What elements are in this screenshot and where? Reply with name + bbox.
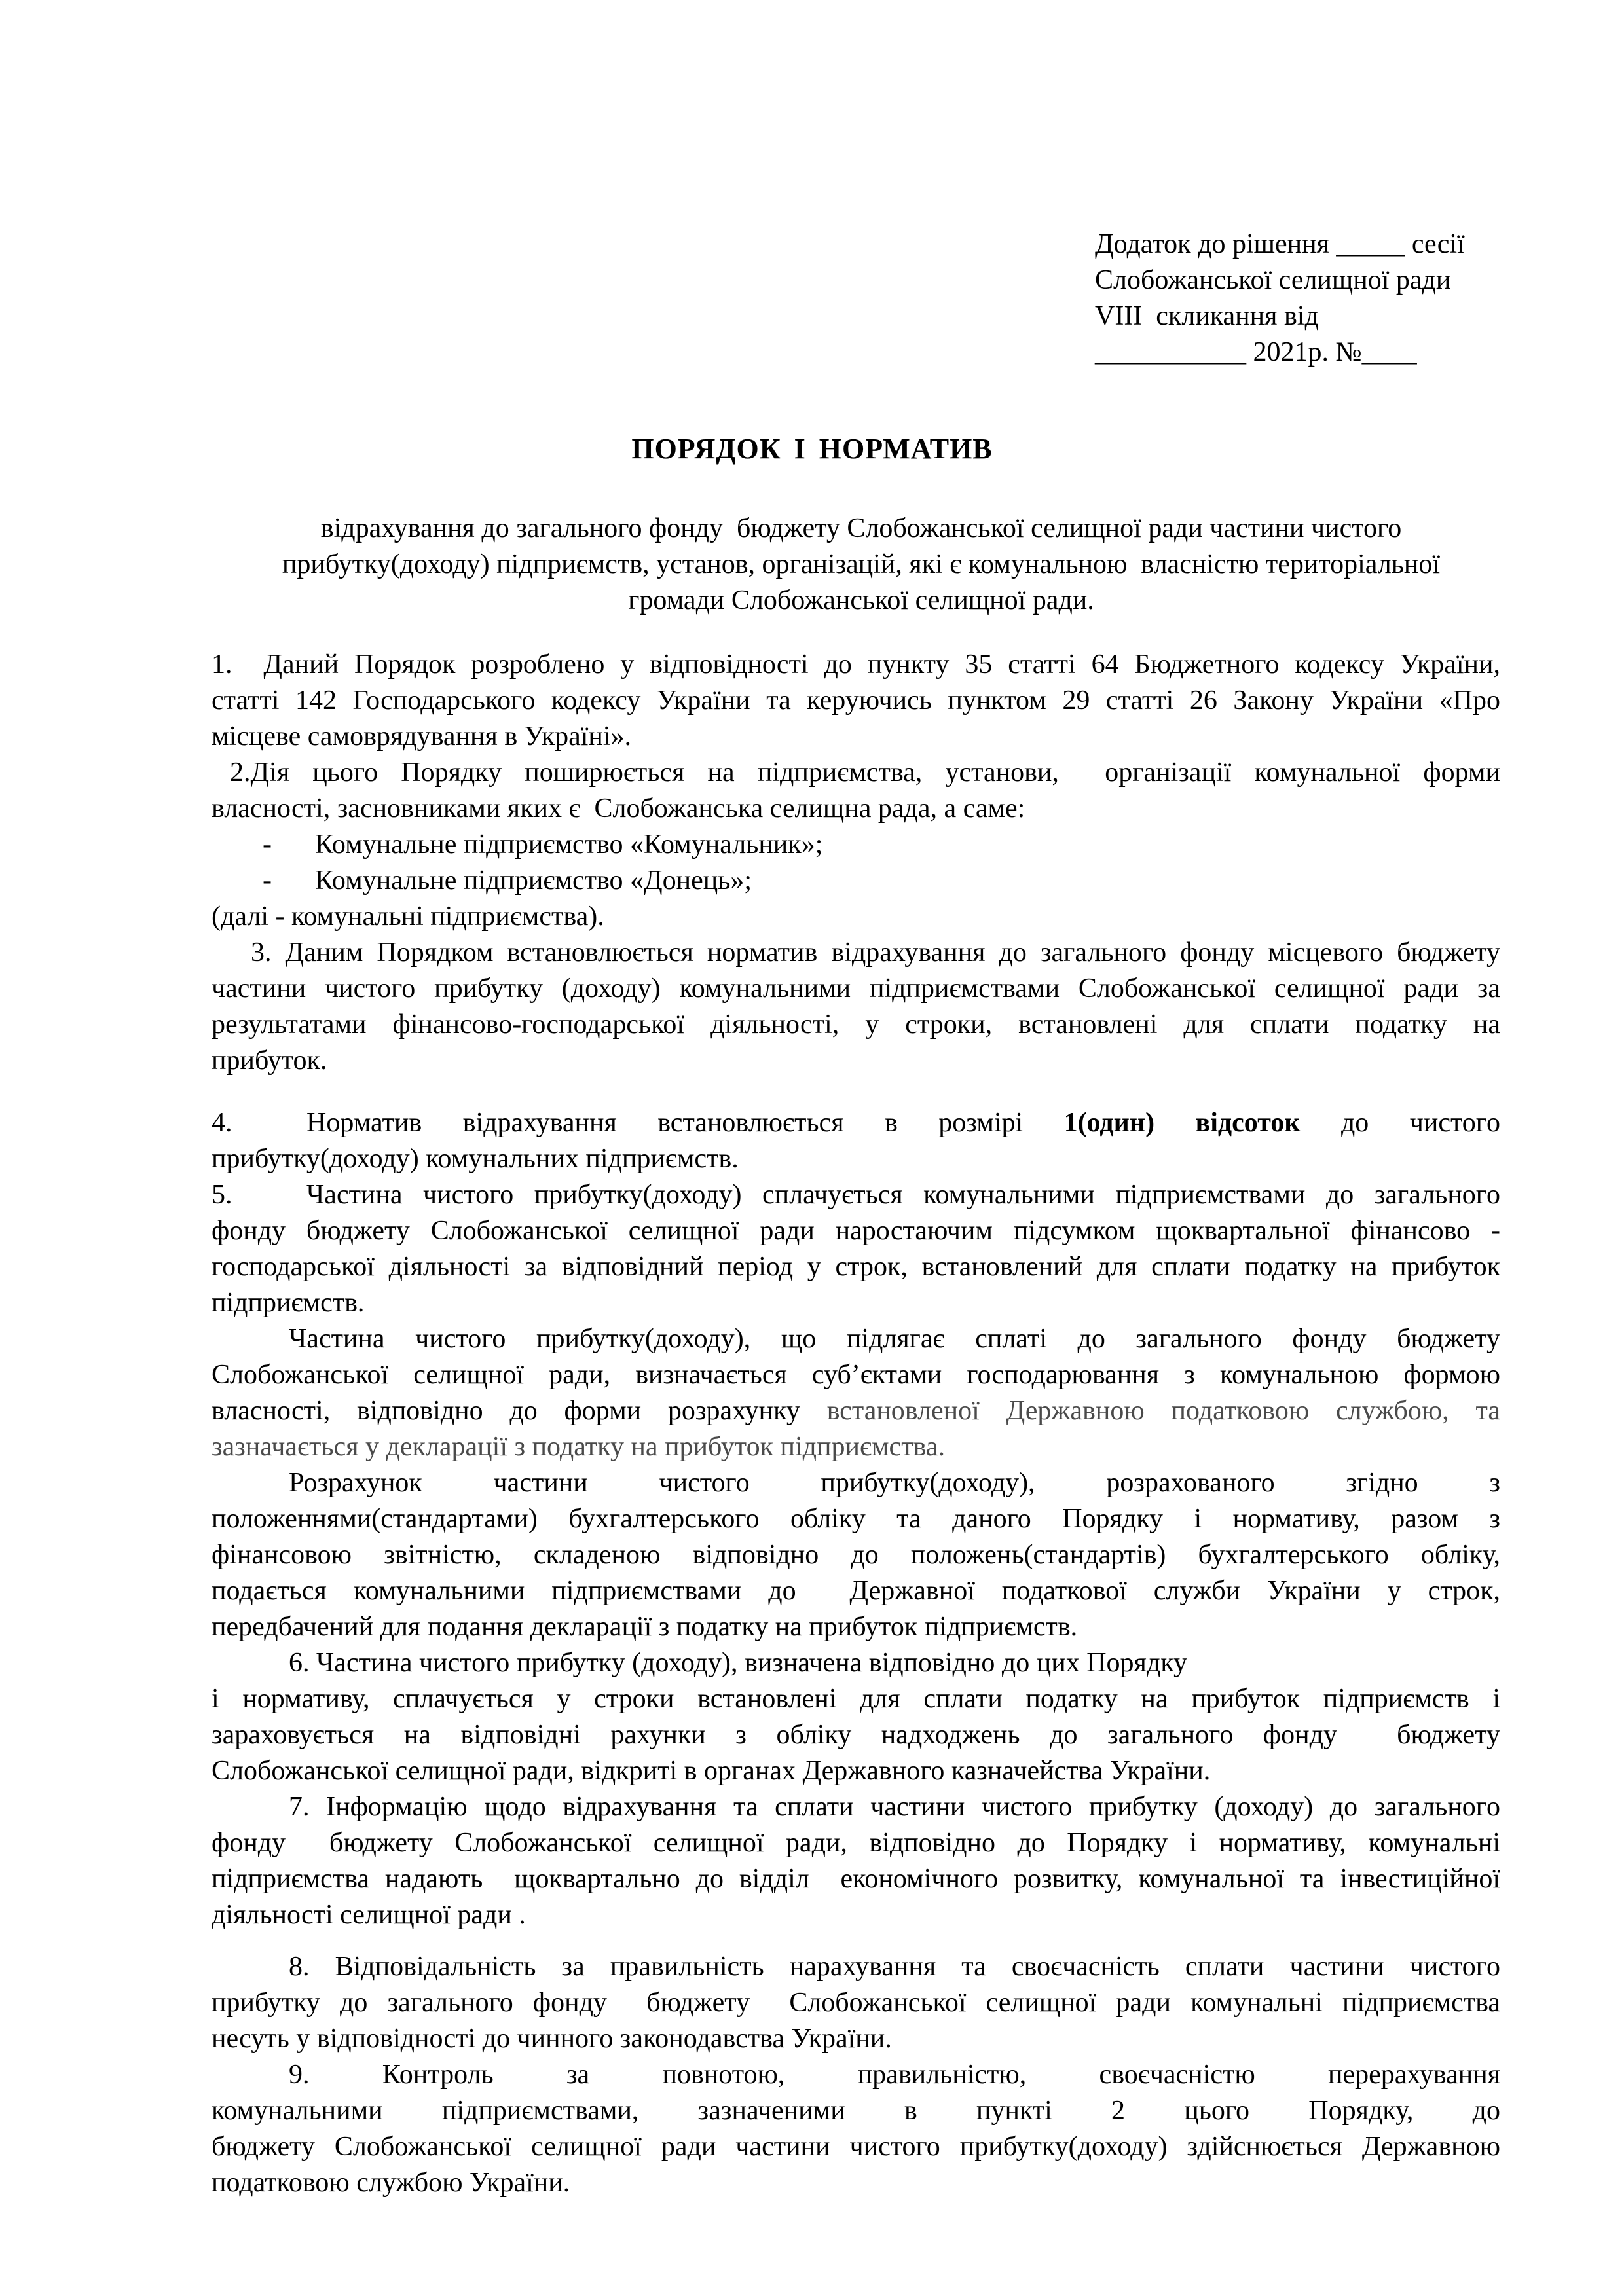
section-8: 8. Відповідальність за правильність нара… — [212, 1949, 1500, 2057]
text-line: податковою службою України. — [212, 2165, 1500, 2201]
text-span: до чистого — [1300, 1108, 1500, 1138]
text-line: прибуток. — [212, 1043, 1500, 1079]
rate-value: 1(один) відсоток — [1064, 1108, 1301, 1138]
text-line: зараховується на відповідні рахунки з об… — [212, 1717, 1500, 1753]
text-line: прибутку до загального фонду бюджету Сло… — [212, 1985, 1500, 2021]
text-line: передбачений для подання декларації з по… — [212, 1609, 1500, 1645]
text-span: Норматив відрахування встановлюється в р… — [306, 1108, 1064, 1138]
text-line: результатами фінансово-господарської дія… — [212, 1007, 1500, 1043]
annex-line: VIII скликання від — [1095, 299, 1553, 335]
section-number: 4. — [212, 1105, 306, 1141]
subtitle-line: громади Слобожанської селищної ради. — [210, 583, 1513, 619]
text-line: фонду бюджету Слобожанської селищної рад… — [212, 1213, 1500, 1249]
document-title: ПОРЯДОК І НОРМАТИВ — [0, 432, 1624, 465]
section-2: 2.Дія цього Порядку поширюється на підпр… — [212, 755, 1500, 935]
subtitle-line: прибутку(доходу) підприємств, установ, о… — [210, 547, 1513, 583]
text-line: статті 142 Господарського кодексу Україн… — [212, 683, 1500, 719]
section-4: 4.Норматив відрахування встановлюється в… — [212, 1105, 1500, 1177]
dash-bullet-icon: - — [212, 863, 315, 899]
dash-bullet-icon: - — [212, 827, 315, 863]
text-line: 6. Частина чистого прибутку (доходу), ви… — [212, 1645, 1500, 1681]
text-line: частини чистого прибутку (доходу) комуна… — [212, 971, 1500, 1007]
annex-line: Додаток до рішення _____ сесії — [1095, 227, 1553, 263]
list-item: - Комунальне підприємство «Донець»; — [212, 863, 1500, 899]
text-line: 8. Відповідальність за правильність нара… — [212, 1949, 1500, 1985]
text-line: 3. Даним Порядком встановлюється нормати… — [212, 935, 1500, 971]
document-body: 1. Даний Порядок розроблено у відповідно… — [212, 647, 1500, 2201]
section-9: 9. Контроль за повнотою, правильністю, с… — [212, 2057, 1500, 2201]
text-line: положеннями(стандартами) бухгалтерського… — [212, 1501, 1500, 1537]
text-line: і нормативу, сплачується у строки встано… — [212, 1681, 1500, 1717]
text-line: несуть у відповідності до чинного законо… — [212, 2021, 1500, 2057]
text-line: 7. Інформацію щодо відрахування та сплат… — [212, 1789, 1500, 1825]
section-3: 3. Даним Порядком встановлюється нормати… — [212, 935, 1500, 1079]
text-line: фонду бюджету Слобожанської селищної рад… — [212, 1825, 1500, 1861]
enterprise-name: Комунальне підприємство «Комунальник»; — [315, 827, 822, 863]
list-item: - Комунальне підприємство «Комунальник»; — [212, 827, 1500, 863]
grey-text-span: встановленої Державною податковою службо… — [827, 1396, 1500, 1426]
annex-header: Додаток до рішення _____ сесії Слобожанс… — [1095, 227, 1553, 371]
text-line: бюджету Слобожанської селищної ради част… — [212, 2129, 1500, 2165]
text-line: 2.Дія цього Порядку поширюється на підпр… — [212, 755, 1500, 791]
annex-line: Слобожанської селищної ради — [1095, 263, 1553, 299]
text-line: 5.Частина чистого прибутку(доходу) сплач… — [212, 1177, 1500, 1213]
enterprise-name: Комунальне підприємство «Донець»; — [315, 863, 752, 899]
subtitle-line: відрахування до загального фонду бюджету… — [210, 511, 1513, 547]
section-5: 5.Частина чистого прибутку(доходу) сплач… — [212, 1177, 1500, 1645]
annex-line: ___________ 2021р. №____ — [1095, 335, 1553, 371]
text-line: комунальними підприємствами, зазначеними… — [212, 2093, 1500, 2129]
text-line: місцеве самоврядування в Україні». — [212, 719, 1500, 755]
document-subtitle: відрахування до загального фонду бюджету… — [210, 511, 1513, 619]
text-line: підприємств. — [212, 1285, 1500, 1321]
text-line: підприємства надають щоквартально до від… — [212, 1861, 1500, 1897]
text-line: діяльності селищної ради . — [212, 1897, 1500, 1933]
text-span: Частина чистого прибутку(доходу) сплачує… — [306, 1180, 1500, 1210]
text-line: (далі - комунальні підприємства). — [212, 899, 1500, 935]
text-line: зазначається у декларації з податку на п… — [212, 1429, 1500, 1465]
section-1: 1. Даний Порядок розроблено у відповідно… — [212, 647, 1500, 755]
section-6: 6. Частина чистого прибутку (доходу), ви… — [212, 1645, 1500, 1789]
text-line: власності, відповідно до форми розрахунк… — [212, 1393, 1500, 1429]
text-line: Слобожанської селищної ради, відкриті в … — [212, 1753, 1500, 1789]
text-span: власності, відповідно до форми розрахунк… — [212, 1396, 827, 1426]
text-line: господарської діяльності за відповідний … — [212, 1249, 1500, 1285]
text-line: прибутку(доходу) комунальних підприємств… — [212, 1141, 1500, 1177]
text-line: Розрахунок частини чистого прибутку(дохо… — [212, 1465, 1500, 1501]
text-line: 4.Норматив відрахування встановлюється в… — [212, 1105, 1500, 1141]
section-7: 7. Інформацію щодо відрахування та сплат… — [212, 1789, 1500, 1933]
section-number: 5. — [212, 1177, 306, 1213]
text-line: 9. Контроль за повнотою, правильністю, с… — [212, 2057, 1500, 2093]
text-line: 1. Даний Порядок розроблено у відповідно… — [212, 647, 1500, 683]
text-line: Частина чистого прибутку(доходу), що під… — [212, 1321, 1500, 1357]
text-line: подається комунальними підприємствами до… — [212, 1573, 1500, 1609]
document-page: Додаток до рішення _____ сесії Слобожанс… — [0, 0, 1624, 2296]
text-line: власності, засновниками яких є Слобожанс… — [212, 791, 1500, 827]
text-line: Слобожанської селищної ради, визначаєтьс… — [212, 1357, 1500, 1393]
text-line: фінансовою звітністю, складеною відповід… — [212, 1537, 1500, 1573]
